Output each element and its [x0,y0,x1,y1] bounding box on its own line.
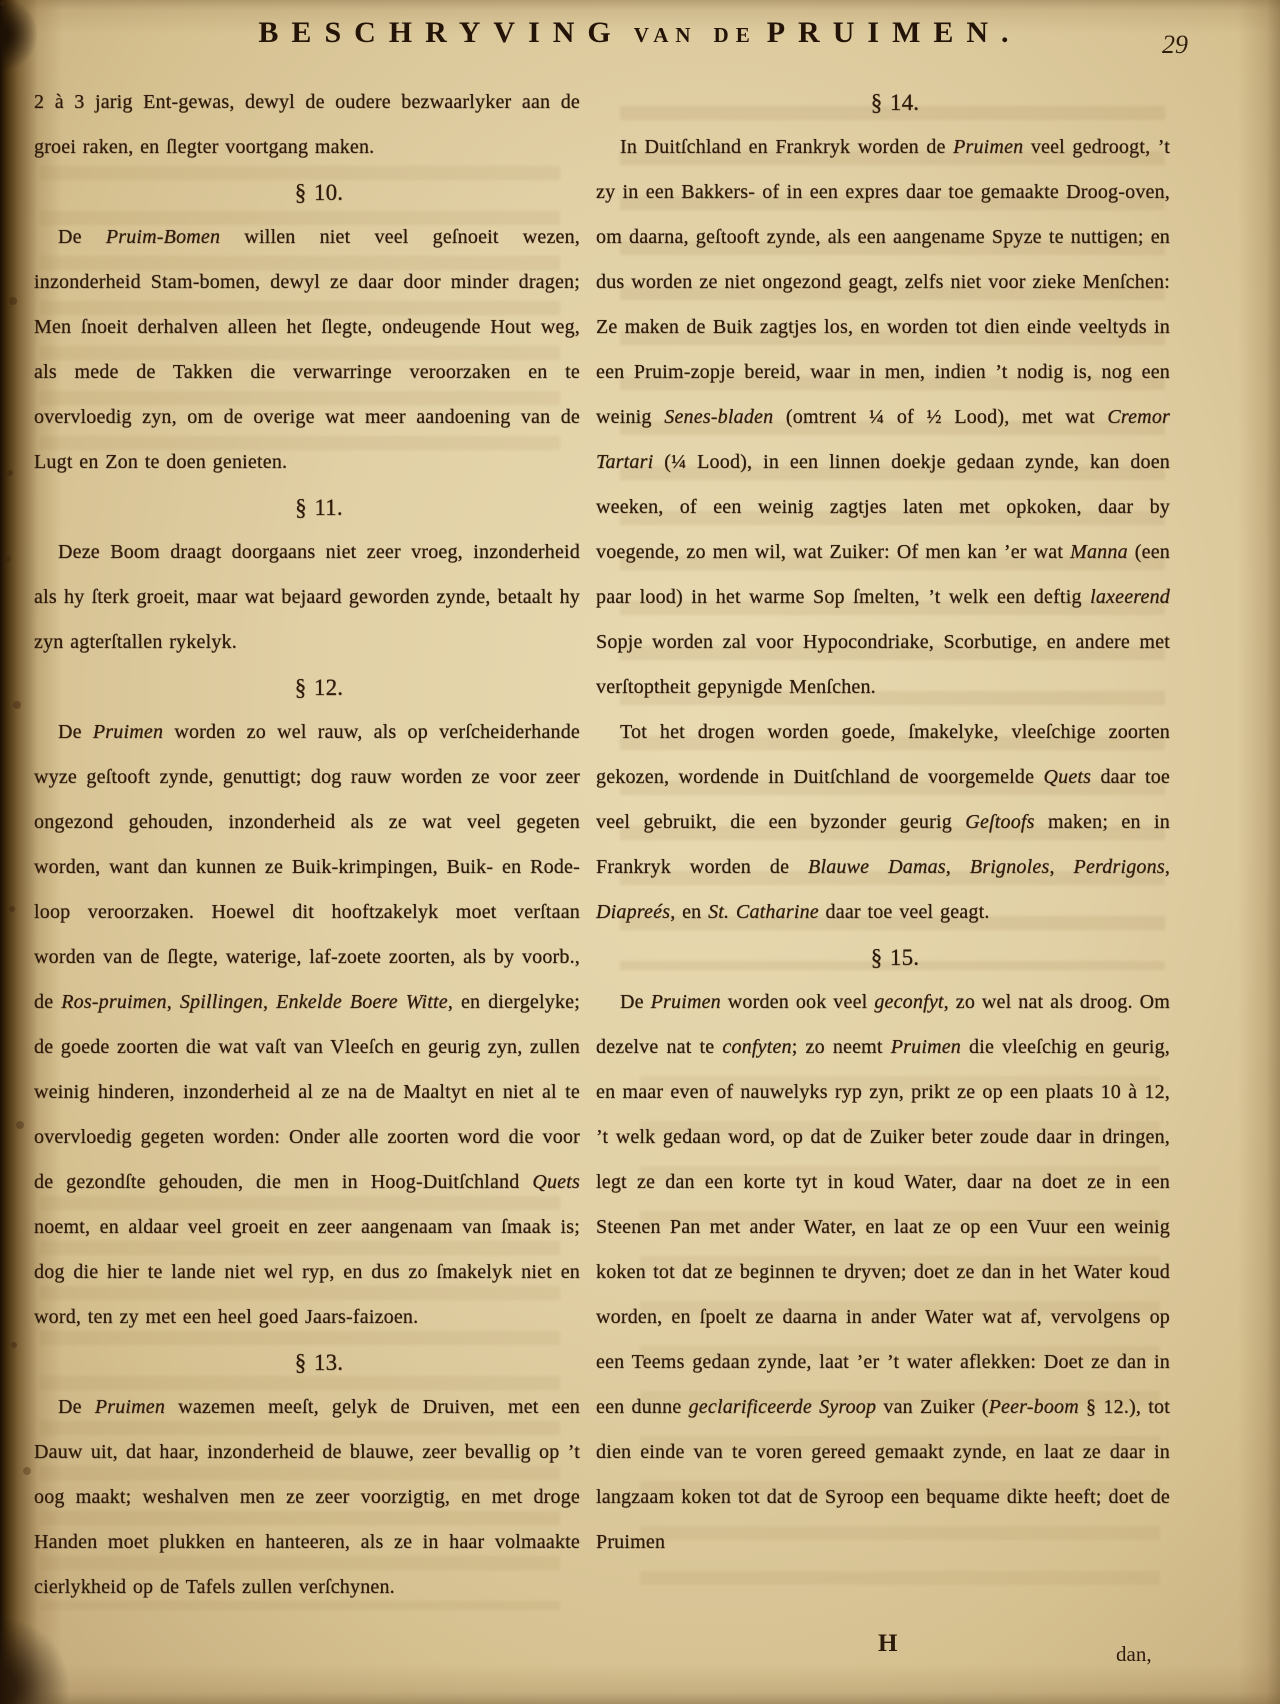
right-column: § 14. In Duitſchland en Frankryk worden … [596,80,1170,1565]
running-head: BESCHRYVING VAN DE PRUIMEN. [0,16,1280,50]
section-heading-11: § 11. [34,485,580,530]
left-column: 2 à 3 jarig Ent-gewas, dewyl de oudere b… [34,80,580,1610]
section-heading-13: § 13. [34,1340,580,1385]
section-14-paragraph-2: Tot het drogen worden goede, ſmakelyke, … [596,710,1170,935]
section-12-paragraph: De Pruimen worden zo wel rauw, als op ve… [34,710,580,1340]
book-page: BESCHRYVING VAN DE PRUIMEN. 29 2 à 3 jar… [0,0,1280,1704]
section-heading-14: § 14. [596,80,1170,125]
catchword: dan, [1116,1642,1152,1667]
running-head-pruimen: PRUIMEN. [767,16,1022,49]
section-11-paragraph: Deze Boom draagt doorgaans niet zeer vro… [34,530,580,665]
signature-mark: H [878,1630,897,1658]
section-heading-15: § 15. [596,935,1170,980]
running-head-van: VAN [628,23,704,47]
running-head-title: BESCHRYVING [258,16,623,49]
section-15-paragraph: De Pruimen worden ook veel geconfyt, zo … [596,980,1170,1565]
section-heading-12: § 12. [34,665,580,710]
section-13-paragraph: De Pruimen wazemen meeſt, gelyk de Druiv… [34,1385,580,1610]
carryover-paragraph: 2 à 3 jarig Ent-gewas, dewyl de oudere b… [34,80,580,170]
running-head-de: DE [708,23,763,47]
section-14-paragraph-1: In Duitſchland en Frankryk worden de Pru… [596,125,1170,710]
section-10-paragraph: De Pruim-Bomen willen niet veel geſnoeit… [34,215,580,485]
ink-specks [0,0,6,6]
page-number: 29 [1162,30,1188,60]
section-heading-10: § 10. [34,170,580,215]
